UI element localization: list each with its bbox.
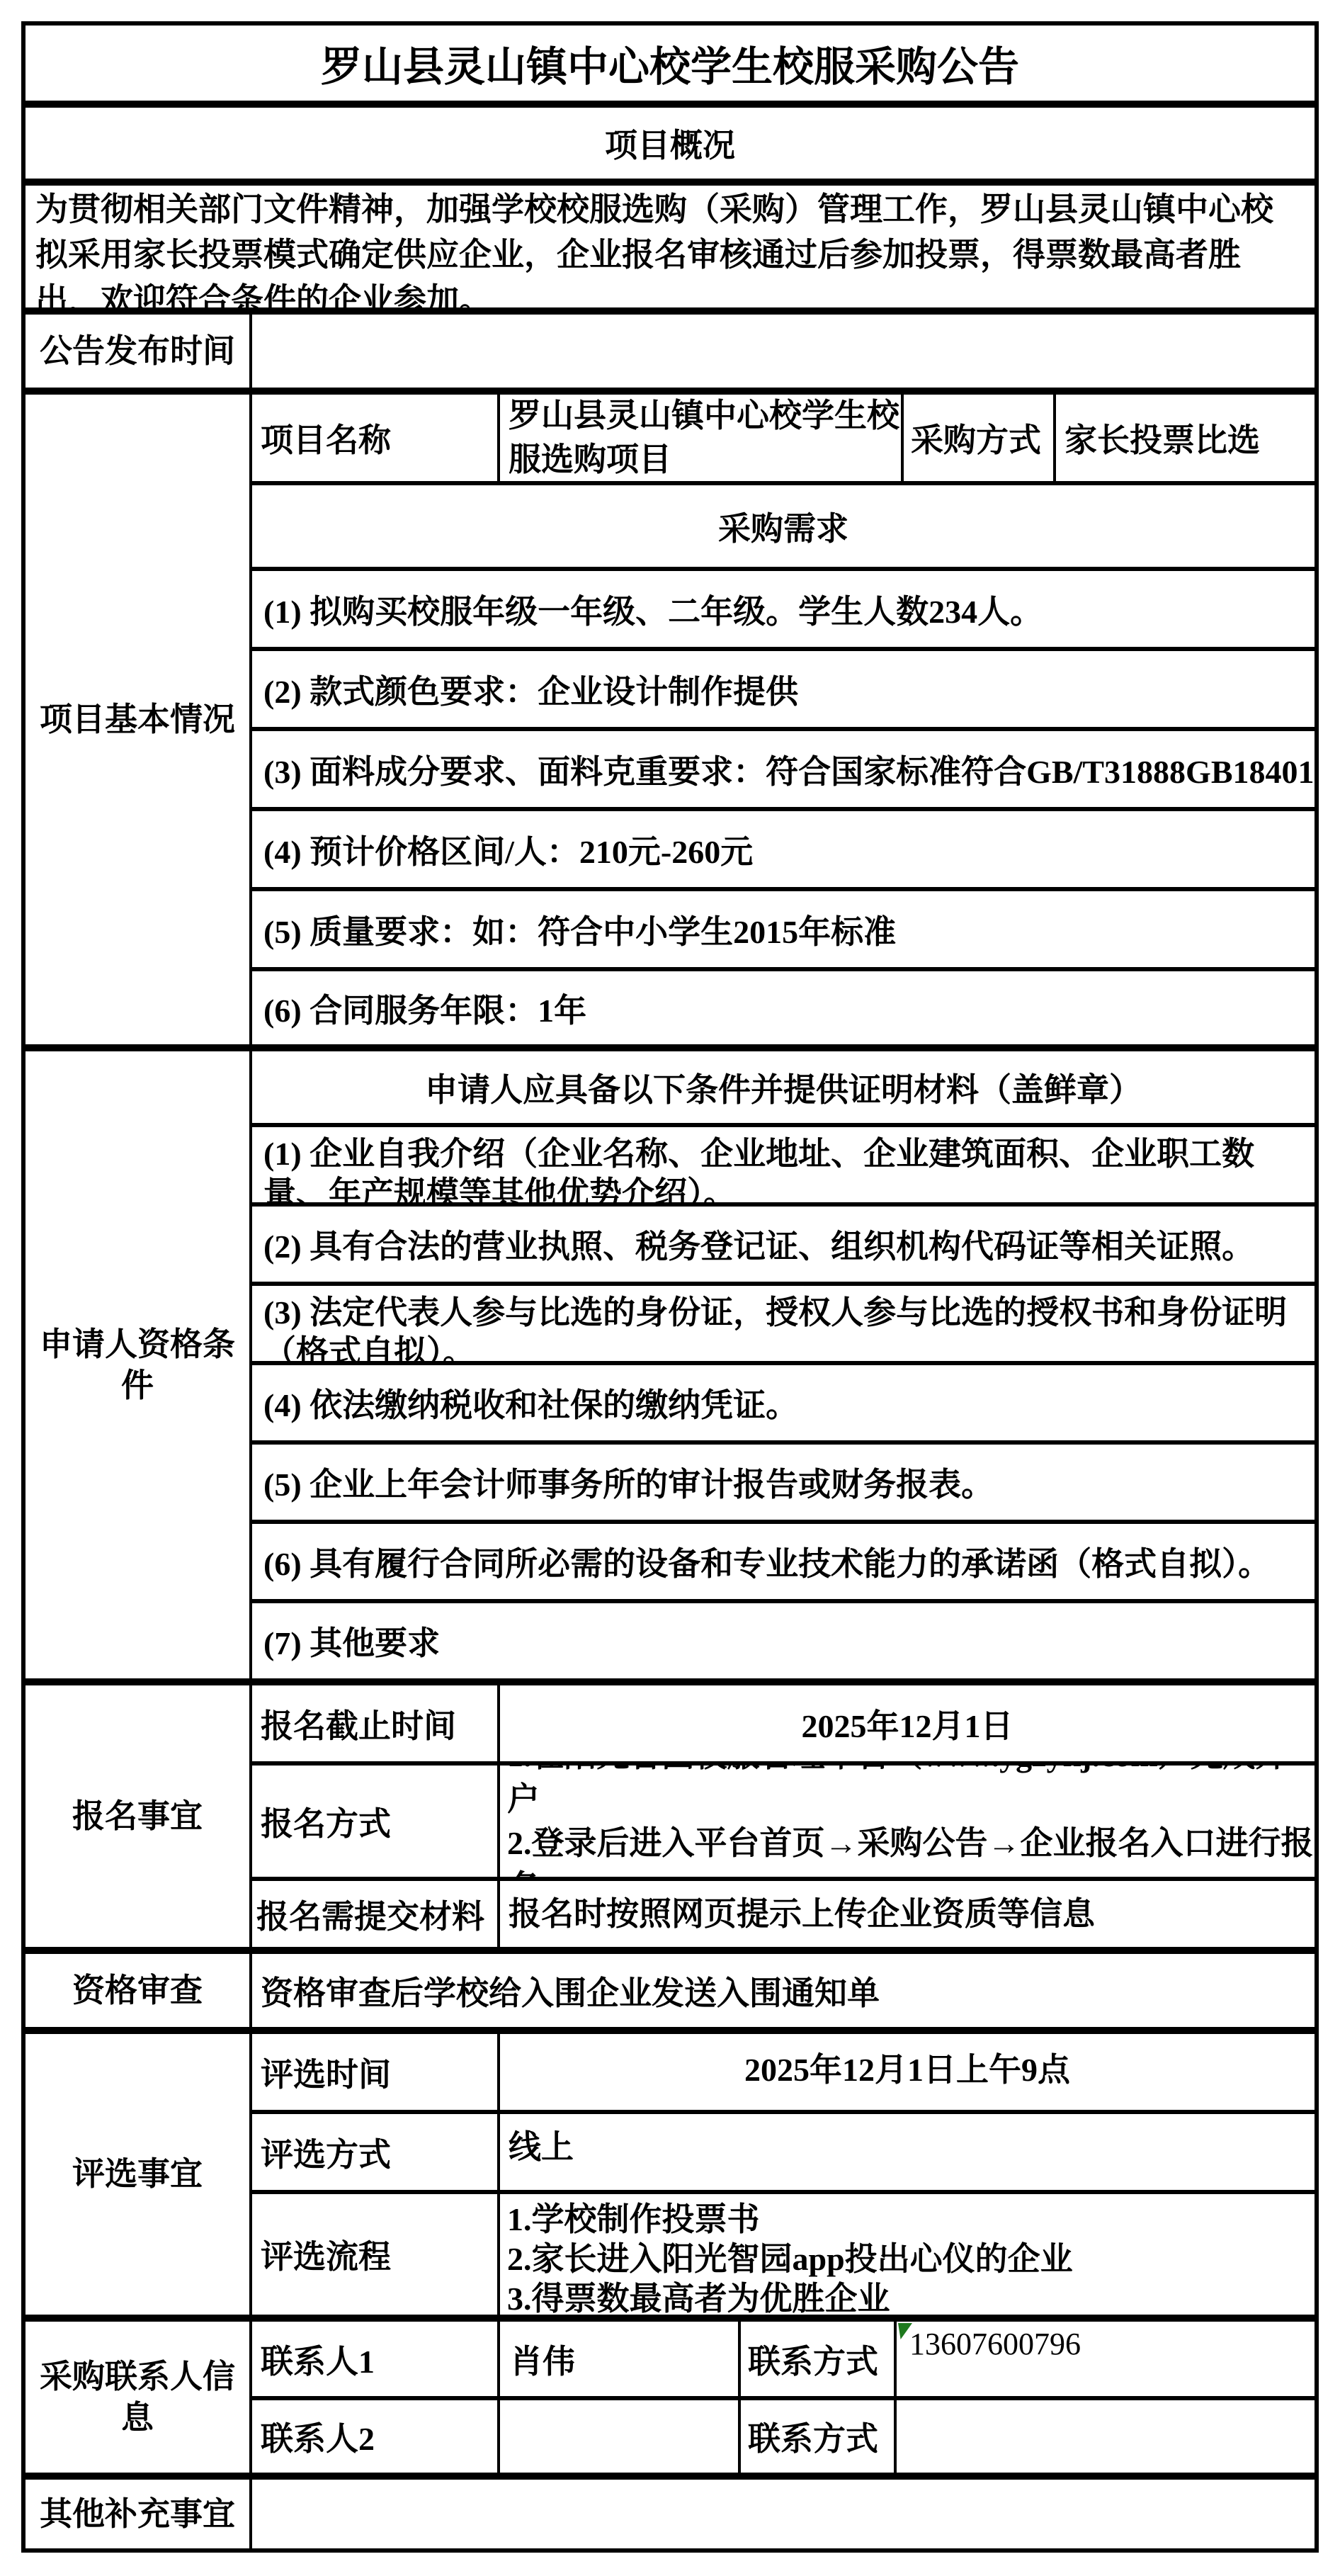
review-row: 资格审查 资格审查后学校给入围企业发送入围通知单 [25, 1954, 1315, 2034]
requirement-row: (3) 面料成分要求、面料克重要求：符合国家标准符合GB/T31888GB184… [252, 731, 1315, 811]
contact-1-phone: 13607600796 [909, 2327, 1081, 2361]
overview-paragraph-row: 为贯彻相关部门文件精神，加强学校校服选购（采购）管理工作，罗山县灵山镇中心校拟采… [25, 186, 1315, 315]
purchase-method-value: 家长投票比选 [1056, 395, 1315, 481]
qualification-header: 申请人应具备以下条件并提供证明材料（盖鲜章） [425, 1064, 1142, 1111]
qualification-7: (7) 其他要求 [252, 1603, 1315, 1678]
qualification-3: (3) 法定代表人参与比选的身份证，授权人参与比选的授权书和身份证明（格式自拟）… [252, 1286, 1315, 1361]
selection-time-value: 2025年12月1日上午9点 [500, 2034, 1315, 2110]
other-matters-value [252, 2480, 1315, 2548]
signup-method-label: 报名方式 [252, 1766, 500, 1877]
contacts-label: 采购联系人信息 [25, 2322, 252, 2473]
review-value: 资格审查后学校给入围企业发送入围通知单 [252, 1954, 1315, 2027]
selection-method-row: 评选方式 线上 [252, 2114, 1315, 2194]
applicant-qualification-section: 申请人资格条件 申请人应具备以下条件并提供证明材料（盖鲜章） (1) 企业自我介… [25, 1051, 1315, 1685]
qualification-4: (4) 依法缴纳税收和社保的缴纳凭证。 [252, 1365, 1315, 1440]
procurement-announcement-table: 罗山县灵山镇中心校学生校服采购公告 项目概况 为贯彻相关部门文件精神，加强学校校… [21, 21, 1319, 2553]
selection-method-label: 评选方式 [252, 2114, 500, 2190]
requirement-6: (6) 合同服务年限：1年 [252, 971, 1315, 1044]
qualification-row: (5) 企业上年会计师事务所的审计报告或财务报表。 [252, 1445, 1315, 1524]
qualification-header-row: 申请人应具备以下条件并提供证明材料（盖鲜章） [252, 1051, 1315, 1127]
overview-paragraph: 为贯彻相关部门文件精神，加强学校校服选购（采购）管理工作，罗山县灵山镇中心校拟采… [25, 186, 1315, 307]
requirement-4: (4) 预计价格区间/人：210元-260元 [252, 811, 1315, 887]
requirement-row: (6) 合同服务年限：1年 [252, 971, 1315, 1044]
signup-method-line-1: 1.在阳光智园校服管理平台（www.ygzykj.com）完成开户 [507, 1766, 1315, 1821]
project-name-value: 罗山县灵山镇中心校学生校服选购项目 [500, 395, 904, 481]
signup-method-row: 报名方式 1.在阳光智园校服管理平台（www.ygzykj.com）完成开户 2… [252, 1766, 1315, 1881]
requirement-5: (5) 质量要求：如：符合中小学生2015年标准 [252, 891, 1315, 967]
announce-time-value [252, 315, 1315, 388]
title-row: 罗山县灵山镇中心校学生校服采购公告 [25, 26, 1315, 108]
selection-time-row: 评选时间 2025年12月1日上午9点 [252, 2034, 1315, 2114]
contact-1-phone-label: 联系方式 [741, 2322, 897, 2396]
signup-materials-value: 报名时按照网页提示上传企业资质等信息 [500, 1881, 1315, 1947]
selection-process-line-3: 3.得票数最高者为优胜企业 [507, 2279, 1315, 2315]
basic-info-section: 项目基本情况 项目名称 罗山县灵山镇中心校学生校服选购项目 采购方式 家长投票比… [25, 395, 1315, 1051]
selection-process-label: 评选流程 [252, 2194, 500, 2315]
other-matters-row: 其他补充事宜 [25, 2480, 1315, 2548]
selection-method-value: 线上 [500, 2114, 1315, 2190]
contact-2-phone-cell [897, 2400, 1315, 2473]
demand-header: 采购需求 [718, 503, 848, 550]
requirement-3: (3) 面料成分要求、面料克重要求：符合国家标准符合GB/T31888GB184… [252, 731, 1315, 807]
other-matters-label: 其他补充事宜 [25, 2480, 252, 2548]
qualification-row: (7) 其他要求 [252, 1603, 1315, 1678]
qualification-6: (6) 具有履行合同所必需的设备和专业技术能力的承诺函（格式自拟）。 [252, 1524, 1315, 1599]
qualification-row: (2) 具有合法的营业执照、税务登记证、组织机构代码证等相关证照。 [252, 1207, 1315, 1286]
project-name-row: 项目名称 罗山县灵山镇中心校学生校服选购项目 采购方式 家长投票比选 [252, 395, 1315, 485]
signup-materials-label: 报名需提交材料 [252, 1881, 500, 1947]
requirement-2: (2) 款式颜色要求：企业设计制作提供 [252, 651, 1315, 727]
requirement-row: (5) 质量要求：如：符合中小学生2015年标准 [252, 891, 1315, 971]
qualification-row: (3) 法定代表人参与比选的身份证，授权人参与比选的授权书和身份证明（格式自拟）… [252, 1286, 1315, 1365]
signup-materials-row: 报名需提交材料 报名时按照网页提示上传企业资质等信息 [252, 1881, 1315, 1947]
demand-header-row: 采购需求 [252, 485, 1315, 571]
signup-deadline-label: 报名截止时间 [252, 1685, 500, 1761]
qualification-row: (4) 依法缴纳税收和社保的缴纳凭证。 [252, 1365, 1315, 1445]
contact-row-2: 联系人2 联系方式 [252, 2400, 1315, 2473]
signup-section: 报名事宜 报名截止时间 2025年12月1日 报名方式 1.在阳光智园校服管理平… [25, 1685, 1315, 1954]
project-name-label: 项目名称 [252, 395, 500, 481]
requirement-row: (1) 拟购买校服年级一年级、二年级。学生人数234人。 [252, 571, 1315, 651]
contact-2-phone-label: 联系方式 [741, 2400, 897, 2473]
requirement-row: (2) 款式颜色要求：企业设计制作提供 [252, 651, 1315, 731]
contact-2-label: 联系人2 [252, 2400, 500, 2473]
selection-process-value: 1.学校制作投票书 2.家长进入阳光智园app投出心仪的企业 3.得票数最高者为… [500, 2194, 1315, 2315]
contact-1-phone-cell: 13607600796 [897, 2322, 1315, 2396]
contacts-section: 采购联系人信息 联系人1 肖伟 联系方式 13607600796 联系人2 联系… [25, 2322, 1315, 2480]
document-page: { "title": "罗山县灵山镇中心校学生校服采购公告", "overvie… [0, 0, 1340, 2576]
signup-label: 报名事宜 [25, 1685, 252, 1947]
signup-method-value: 1.在阳光智园校服管理平台（www.ygzykj.com）完成开户 2.登录后进… [500, 1766, 1315, 1877]
contact-row-1: 联系人1 肖伟 联系方式 13607600796 [252, 2322, 1315, 2400]
requirement-1: (1) 拟购买校服年级一年级、二年级。学生人数234人。 [252, 571, 1315, 647]
selection-process-line-2: 2.家长进入阳光智园app投出心仪的企业 [507, 2239, 1315, 2279]
qualification-2: (2) 具有合法的营业执照、税务登记证、组织机构代码证等相关证照。 [252, 1207, 1315, 1282]
selection-process-row: 评选流程 1.学校制作投票书 2.家长进入阳光智园app投出心仪的企业 3.得票… [252, 2194, 1315, 2315]
basic-info-label: 项目基本情况 [25, 395, 252, 1044]
contact-1-name: 肖伟 [500, 2322, 741, 2396]
qualification-5: (5) 企业上年会计师事务所的审计报告或财务报表。 [252, 1445, 1315, 1520]
applicant-qualification-label: 申请人资格条件 [25, 1051, 252, 1678]
page-title: 罗山县灵山镇中心校学生校服采购公告 [321, 33, 1019, 93]
signup-deadline-value: 2025年12月1日 [500, 1685, 1315, 1761]
selection-label: 评选事宜 [25, 2034, 252, 2315]
selection-process-line-1: 1.学校制作投票书 [507, 2200, 1315, 2239]
purchase-method-label: 采购方式 [904, 395, 1056, 481]
qualification-1: (1) 企业自我介绍（企业名称、企业地址、企业建筑面积、企业职工数量、年产规模等… [252, 1127, 1315, 1202]
contact-2-name [500, 2400, 741, 2473]
requirement-row: (4) 预计价格区间/人：210元-260元 [252, 811, 1315, 891]
signup-method-line-2: 2.登录后进入平台首页→采购公告→企业报名入口进行报名 [507, 1821, 1315, 1877]
selection-section: 评选事宜 评选时间 2025年12月1日上午9点 评选方式 线上 评选流程 1.… [25, 2034, 1315, 2322]
announce-time-row: 公告发布时间 [25, 315, 1315, 395]
overview-header: 项目概况 [605, 120, 735, 166]
contact-1-label: 联系人1 [252, 2322, 500, 2396]
qualification-row: (1) 企业自我介绍（企业名称、企业地址、企业建筑面积、企业职工数量、年产规模等… [252, 1127, 1315, 1207]
selection-time-label: 评选时间 [252, 2034, 500, 2110]
announce-time-label: 公告发布时间 [25, 315, 252, 388]
review-label: 资格审查 [25, 1954, 252, 2027]
overview-header-row: 项目概况 [25, 108, 1315, 186]
qualification-row: (6) 具有履行合同所必需的设备和专业技术能力的承诺函（格式自拟）。 [252, 1524, 1315, 1603]
signup-deadline-row: 报名截止时间 2025年12月1日 [252, 1685, 1315, 1766]
